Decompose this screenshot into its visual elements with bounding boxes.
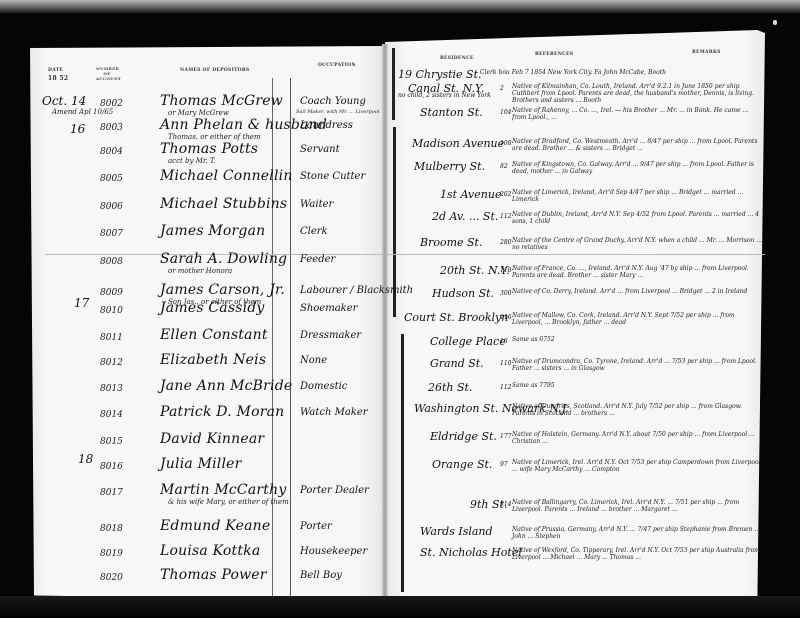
reference-number: 97 (500, 461, 508, 468)
account-number: 8006 (100, 202, 123, 212)
reference-number: 314 (500, 501, 511, 508)
account-number: 8012 (100, 358, 123, 368)
entry-date: Oct. 14 (42, 94, 86, 108)
reference-text: Native of Bradford, Co. Westmeath. Arr'd… (512, 138, 762, 152)
residence: Madison Avenue (412, 137, 504, 150)
account-number: 8002 (100, 99, 123, 109)
reference-number: 280 (500, 239, 511, 246)
residence: Hudson St. (432, 287, 494, 300)
residence: Mulberry St. (414, 160, 485, 173)
reference-text: Native of Holstein, Germany. Arr'd N.Y. … (512, 431, 762, 445)
depositor-name: Thomas Power (160, 567, 267, 583)
occupation-note: Sail Maker, with Mr. ... Liverpool (296, 109, 379, 115)
reference-number: 262 (500, 191, 511, 198)
depositor-name: Ellen Constant (160, 327, 268, 343)
depositor-name: Patrick D. Moran (160, 404, 284, 420)
ledger-rule (45, 254, 765, 255)
reference-text: Native of Wexford, Co. Tipperary, Irel. … (512, 547, 762, 561)
header-remarks: REMARKS (692, 50, 721, 55)
header-occupation: OCCUPATION (318, 63, 356, 68)
residence: Court St. Brooklyn (404, 311, 508, 324)
reference-text: Native of Co. Derry, Ireland. Arr'd ... … (512, 288, 762, 295)
reference-number: 108 (500, 140, 511, 147)
column-rule-residence (401, 334, 404, 592)
occupation: Watch Maker (300, 407, 368, 418)
reference-text: Clerk bou Feb 7 1854 New York City. Fa J… (480, 69, 750, 76)
depositor-name: Thomas McGrew (160, 93, 283, 109)
reference-text: Same as 6752 (512, 336, 762, 343)
reference-text: Native of Dublin, Ireland, Arr'd N.Y. Se… (512, 211, 762, 225)
account-number: 8015 (100, 437, 123, 447)
residence: Orange St. (432, 458, 492, 471)
depositor-name: Michael Connellin (160, 168, 293, 184)
depositor-name: James Morgan (160, 223, 265, 239)
account-number: 8010 (100, 306, 123, 316)
residence: 19 Chrystie St. (398, 68, 482, 81)
reference-number: 104 (500, 109, 511, 116)
residence: College Place (430, 335, 506, 348)
reference-text: Native of Limerick, Ireland, Arr'd Sep 4… (512, 189, 762, 203)
account-number: 8018 (100, 524, 123, 534)
reference-number: 110 (500, 360, 511, 367)
reference-number: 300 (500, 290, 511, 297)
depositor-name: Louisa Kottka (160, 543, 260, 559)
occupation: Dressmaker (300, 330, 361, 341)
reference-text: Native of Prussia, Germany, Arr'd N.Y. .… (512, 526, 762, 540)
column-rule-occupation (290, 78, 291, 598)
book-gutter (382, 44, 388, 600)
depositor-name: James Carson, Jr. (160, 282, 285, 298)
occupation: None (300, 355, 327, 366)
entry-date: 18 (78, 452, 93, 466)
residence: Stanton St. (420, 106, 483, 119)
depositor-name: Julia Miller (160, 456, 242, 472)
occupation: Bell Boy (300, 570, 342, 581)
account-number: 8005 (100, 174, 123, 184)
account-number: 8016 (100, 462, 123, 472)
depositor-name: Martin McCarthy (160, 482, 286, 498)
account-number: 8014 (100, 410, 123, 420)
account-number: 8007 (100, 229, 123, 239)
account-number: 8011 (100, 333, 123, 343)
header-date: DATE (48, 68, 63, 73)
entry-date: 17 (74, 296, 89, 310)
residence: Wards Island (420, 525, 493, 538)
depositor-name: Elizabeth Neis (160, 352, 266, 368)
reference-number: 118 (500, 267, 511, 274)
depositor-note: Thomas, or either of them (168, 133, 261, 141)
residence: Broome St. (420, 236, 482, 249)
occupation: Labourer / Blacksmith (300, 285, 413, 296)
reference-text: Native of Mallow, Co. Cork, Ireland. Arr… (512, 312, 762, 326)
account-number: 8020 (100, 573, 123, 583)
reference-text: Native of Kilmainhan, Co. Louth, Ireland… (512, 83, 762, 104)
depositor-name: James Cassidy (160, 300, 265, 316)
account-number: 8008 (100, 257, 123, 267)
account-number: 8009 (100, 288, 123, 298)
reference-text: Native of Drumcondra, Co. Tyrone, Irelan… (512, 358, 762, 372)
depositor-name: Michael Stubbins (160, 196, 287, 212)
residence: 1st Avenue (440, 188, 501, 201)
depositor-note: or Mary McGrew (168, 109, 229, 117)
residence: Eldridge St. (430, 430, 497, 443)
occupation: Shoemaker (300, 303, 357, 314)
header-references: REFERENCES (535, 52, 573, 57)
depositor-note: or mother Honora (168, 267, 232, 275)
occupation: Domestic (300, 381, 347, 392)
column-rule-residence (392, 48, 395, 120)
reference-text: Native of Rahenny, ... Co. ..., Irel. — … (512, 107, 762, 121)
residence: 2d Av. ... St. (432, 210, 498, 223)
occupation: Waiter (300, 199, 333, 210)
reference-text: Native of Dumfries, Scotland. Arr'd N.Y.… (512, 403, 762, 417)
reference-text: Same as 7795 (512, 382, 762, 389)
account-number: 8019 (100, 549, 123, 559)
scan-bottom-edge (0, 596, 800, 618)
residence: no child, 2 sisters in New York (398, 92, 491, 99)
reference-number: 116 (500, 314, 511, 321)
account-number: 8017 (100, 488, 123, 498)
depositor-name: Sarah A. Dowling (160, 251, 287, 267)
reference-number: 2 (500, 85, 504, 92)
occupation: Porter (300, 521, 332, 532)
reference-number: 112 (500, 384, 511, 391)
reference-text: Native of Ballingarry, Co. Limerick, Ire… (512, 499, 762, 513)
reference-number: 82 (500, 163, 508, 170)
depositor-name: David Kinnear (160, 431, 264, 447)
scan-top-edge (0, 0, 800, 14)
reference-text: Native of Limerick, Irel. Arr'd N.Y. Oct… (512, 459, 762, 473)
residence: St. Nicholas Hotel (420, 546, 522, 559)
reference-number: 177 (500, 433, 511, 440)
depositor-name: Thomas Potts (160, 141, 258, 157)
residence: 26th St. (428, 381, 472, 394)
account-number: 8003 (100, 123, 123, 133)
depositor-name: Edmund Keane (160, 518, 270, 534)
occupation: Coach Young (300, 96, 366, 107)
account-number: 8004 (100, 147, 123, 157)
reference-text: Native of France, Co. ..., Ireland. Arr'… (512, 265, 762, 279)
column-rule-names-left (272, 78, 273, 598)
header-names-of-depositors: NAMES OF DEPOSITORS (180, 68, 249, 73)
occupation: Housekeeper (300, 546, 367, 557)
depositor-note: acct by Mr. T. (168, 157, 216, 165)
amend-note: Amend Apl 10/65 (52, 108, 113, 116)
occupation: Porter Dealer (300, 485, 369, 496)
scan-artifact (773, 20, 777, 25)
header-residence: RESIDENCE (440, 56, 474, 61)
depositor-note: & his wife Mary, or either of them (168, 498, 289, 506)
reference-number: 112 (500, 213, 511, 220)
occupation: Stone Cutter (300, 171, 365, 182)
entry-date: 16 (70, 122, 85, 136)
header-account-number: Number of Account (96, 66, 118, 81)
occupation: Laundress (300, 120, 353, 131)
occupation: Clerk (300, 226, 328, 237)
reference-text: Native of the Centre of Grand Duchy, Arr… (512, 237, 762, 251)
depositor-name: Jane Ann McBride (160, 378, 292, 394)
residence: Grand St. (430, 357, 484, 370)
account-number: 8013 (100, 384, 123, 394)
occupation: Feeder (300, 254, 335, 265)
occupation: Servant (300, 144, 340, 155)
reference-number: 16 (500, 338, 508, 345)
header-year: 18 52 (48, 75, 68, 82)
reference-text: Native of Kingstown, Co. Galway. Arr'd .… (512, 161, 762, 175)
